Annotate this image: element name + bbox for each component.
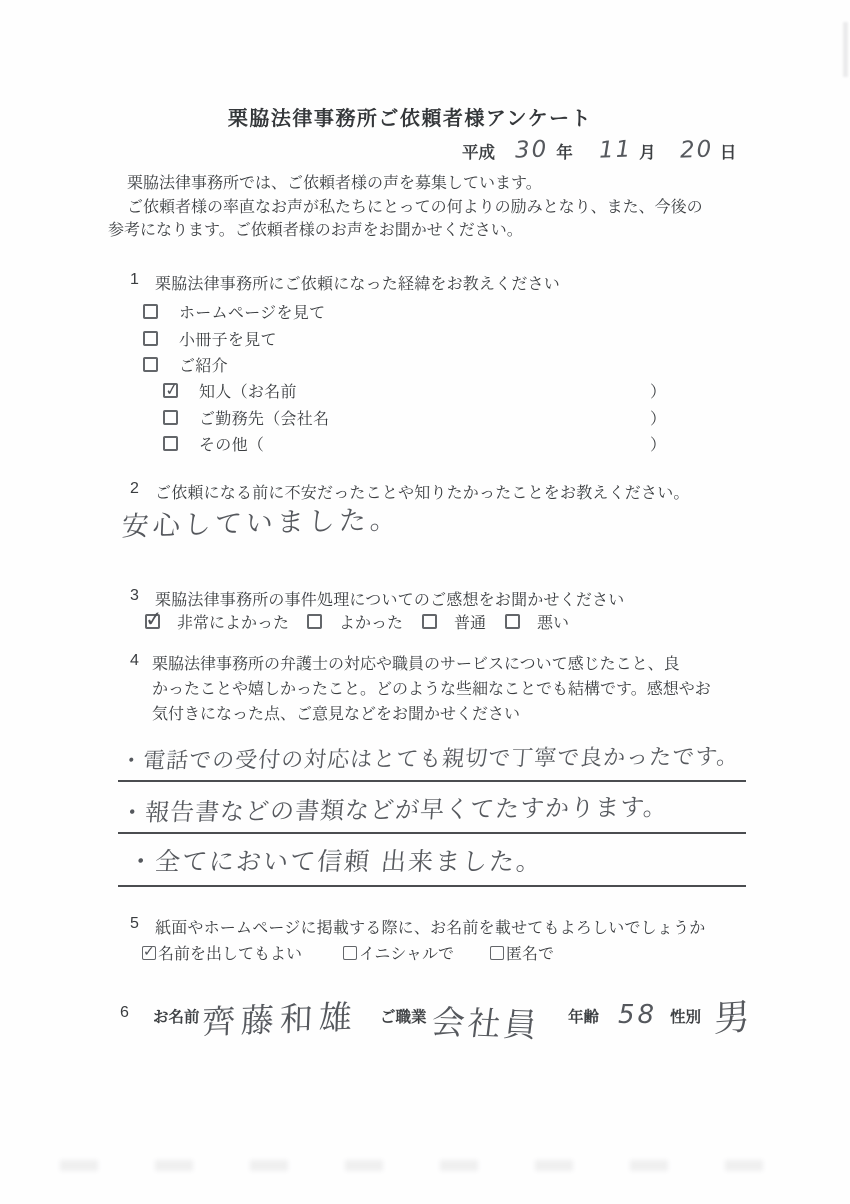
- scan-artifact-edge: [843, 22, 848, 77]
- q5-option-real-name-checkbox[interactable]: ✓: [142, 946, 156, 960]
- q6-occupation-value-handwriting: 会社員: [429, 996, 543, 1047]
- q1-option-booklet-checkbox[interactable]: [143, 331, 158, 346]
- q3-option-bad-checkbox[interactable]: [505, 614, 520, 629]
- scan-artifact: [60, 1160, 770, 1171]
- q5-option-anonymous-checkbox[interactable]: [490, 946, 504, 960]
- q1-option-booklet-label: 小冊子を見て: [179, 327, 277, 350]
- q1-option-booklet: 小冊子を見て: [143, 329, 277, 347]
- q5-option-initials-checkbox[interactable]: [343, 946, 357, 960]
- q1-option-other-paren: ）: [650, 432, 666, 455]
- q4-answer-line-1: ・電話での受付の対応はとても親切で丁寧で良かったです。: [118, 732, 746, 782]
- q4-answer-handwriting-1: ・電話での受付の対応はとても親切で丁寧で良かったです。: [116, 740, 740, 782]
- scanned-survey-page: 栗脇法律事務所ご依頼者様アンケート 平成 30 年 11 月 20 日 栗脇法律…: [0, 0, 850, 1204]
- q1-option-other-label: その他（: [199, 432, 264, 455]
- date-line: 平成 30 年 11 月 20 日: [462, 137, 736, 163]
- q1-option-referral-checkbox[interactable]: [143, 357, 158, 372]
- q5-option-initials-label: イニシャルで: [359, 941, 454, 964]
- q6-name-label: お名前: [153, 1005, 200, 1027]
- q5-option-initials: イニシャルで: [343, 941, 454, 964]
- q5-option-anonymous-label: 匿名で: [506, 941, 554, 964]
- intro-line-2: ご依頼者様の率直なお声が私たちにとっての何よりの励みとなり、また、今後の: [108, 196, 798, 220]
- q1-option-acquaintance-label: 知人（お名前: [199, 379, 297, 402]
- q4-answer-line-3: ・全てにおいて信頼 出来ました。: [118, 835, 746, 887]
- q1-option-homepage: ホームページを見て: [143, 302, 325, 320]
- q4-question-line-1: 栗脇法律事務所の弁護士の対応や職員のサービスについて感じたこと、良: [152, 652, 812, 677]
- q3-option-average: 普通: [422, 610, 486, 633]
- q2-answer-handwriting: 安心していました。: [121, 497, 402, 543]
- q5-option-real-name-label: 名前を出してもよい: [158, 941, 302, 964]
- form-title: 栗脇法律事務所ご依頼者様アンケート: [0, 102, 820, 131]
- q3-option-excellent: ✓ 非常によかった: [145, 610, 289, 633]
- date-day-label: 日: [720, 139, 737, 163]
- q2-heading: 2 ご依頼になる前に不安だったことや知りたかったことをお教えください。: [130, 480, 690, 503]
- q1-option-acquaintance: ✓ 知人（お名前 ）: [163, 381, 683, 399]
- q1-option-acquaintance-paren: ）: [650, 379, 666, 402]
- q3-option-bad: 悪い: [505, 610, 569, 633]
- q1-option-workplace: ご勤務先（会社名 ）: [163, 408, 683, 426]
- intro-line-1: 栗脇法律事務所では、ご依頼者様の声を募集しています。: [108, 172, 798, 196]
- q2-question: ご依頼になる前に不安だったことや知りたかったことをお教えください。: [155, 480, 690, 503]
- intro-paragraph: 栗脇法律事務所では、ご依頼者様の声を募集しています。 ご依頼者様の率直なお声が私…: [108, 172, 798, 243]
- q3-number: 3: [130, 587, 155, 610]
- q3-option-good: よかった: [307, 610, 403, 633]
- q6-number: 6: [120, 1004, 145, 1022]
- q6-gender-value-handwriting: 男: [714, 989, 751, 1043]
- q1-option-acquaintance-checkbox[interactable]: ✓: [163, 383, 178, 398]
- q1-option-referral-label: ご紹介: [179, 353, 228, 376]
- q1-option-workplace-label: ご勤務先（会社名: [199, 406, 329, 429]
- date-era-label: 平成: [462, 139, 495, 163]
- q4-answer-handwriting-2: ・報告書などの書類などが早くてたすかります。: [116, 787, 669, 835]
- q1-option-other: その他（ ）: [163, 434, 683, 452]
- check-mark-icon: ✓: [143, 944, 155, 960]
- q6-age-label: 年齢: [568, 1005, 599, 1027]
- q3-heading: 3 栗脇法律事務所の事件処理についてのご感想をお聞かせください: [130, 587, 624, 610]
- q2-number: 2: [130, 480, 155, 503]
- q1-option-referral: ご紹介: [143, 355, 228, 373]
- q3-option-excellent-checkbox[interactable]: ✓: [145, 614, 160, 629]
- date-day-value: 20: [679, 136, 713, 163]
- q5-number: 5: [130, 915, 155, 938]
- q5-option-anonymous: 匿名で: [490, 941, 554, 964]
- date-year-label: 年: [556, 139, 573, 163]
- q1-option-homepage-label: ホームページを見て: [179, 300, 325, 323]
- q3-option-excellent-label: 非常によかった: [177, 610, 289, 633]
- q1-option-homepage-checkbox[interactable]: [143, 304, 158, 319]
- q1-option-workplace-checkbox[interactable]: [163, 410, 178, 425]
- q4-question: 栗脇法律事務所の弁護士の対応や職員のサービスについて感じたこと、良 かったことや…: [152, 652, 812, 727]
- date-year-value: 30: [515, 136, 549, 163]
- q6-age-value-handwriting: 58: [618, 1000, 657, 1030]
- q6-name-value-handwriting: 齊藤和雄: [201, 991, 359, 1044]
- q3-option-bad-label: 悪い: [537, 610, 569, 633]
- q1-number: 1: [130, 271, 155, 294]
- q4-number: 4: [130, 652, 139, 670]
- check-mark-icon: ✓: [164, 379, 180, 400]
- q3-option-average-checkbox[interactable]: [422, 614, 437, 629]
- q3-option-good-checkbox[interactable]: [307, 614, 322, 629]
- intro-line-3: 参考になります。ご依頼者様のお声をお聞かせください。: [108, 219, 798, 243]
- date-month-label: 月: [639, 139, 656, 163]
- q3-option-good-label: よかった: [339, 610, 403, 633]
- q1-heading: 1 栗脇法律事務所にご依頼になった経緯をお教えください: [130, 271, 560, 294]
- q3-option-average-label: 普通: [454, 610, 486, 633]
- q6-gender-label: 性別: [670, 1005, 701, 1027]
- q4-question-line-3: 気付きになった点、ご意見などをお聞かせください: [152, 702, 812, 727]
- q5-heading: 5 紙面やホームページに掲載する際に、お名前を載せてもよろしいでしょうか: [130, 915, 705, 938]
- q4-answer-line-2: ・報告書などの書類などが早くてたすかります。: [118, 783, 746, 834]
- q4-answer-handwriting-3: ・全てにおいて信頼 出来ました。: [116, 842, 545, 885]
- q1-option-other-checkbox[interactable]: [163, 436, 178, 451]
- q4-question-line-2: かったことや嬉しかったこと。どのような些細なことでも結構です。感想やお: [152, 677, 812, 702]
- date-month-value: 11: [598, 136, 632, 163]
- q5-option-real-name: ✓ 名前を出してもよい: [142, 941, 302, 964]
- q5-question: 紙面やホームページに掲載する際に、お名前を載せてもよろしいでしょうか: [155, 915, 705, 938]
- q1-option-workplace-paren: ）: [650, 406, 666, 429]
- q6-occupation-label: ご職業: [380, 1005, 427, 1027]
- check-mark-icon: ✓: [144, 606, 163, 631]
- q3-question: 栗脇法律事務所の事件処理についてのご感想をお聞かせください: [155, 587, 624, 610]
- q1-question: 栗脇法律事務所にご依頼になった経緯をお教えください: [155, 271, 560, 294]
